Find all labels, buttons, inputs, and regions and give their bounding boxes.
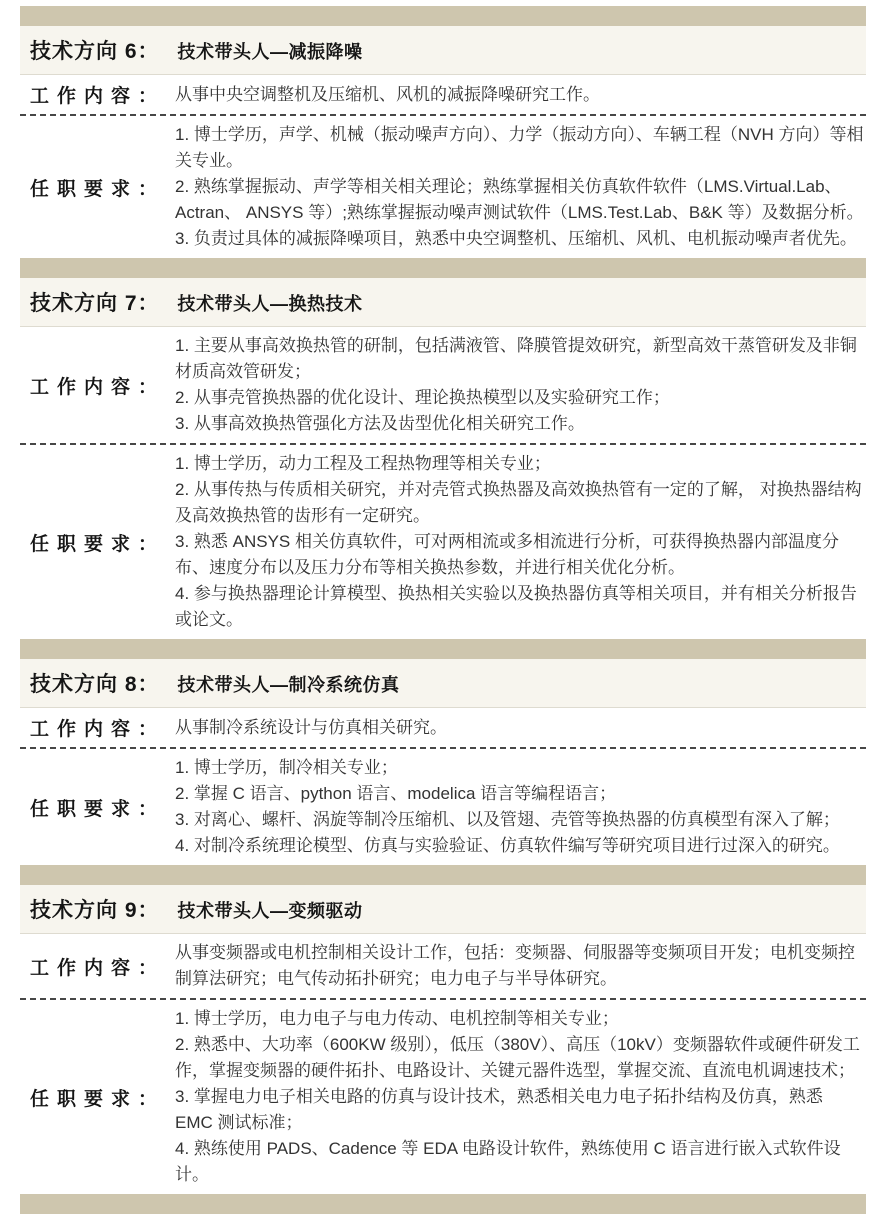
work-content-row: 工作内容： 从事中央空调整机及压缩机、风机的减振降噪研究工作。 <box>20 75 866 114</box>
job-postings-document: 技术方向 6： 技术带头人—减振降噪 工作内容： 从事中央空调整机及压缩机、风机… <box>0 0 883 1220</box>
direction-title: 技术带头人—制冷系统仿真 <box>178 671 400 697</box>
requirement-line: 1. 博士学历，制冷相关专业； <box>175 755 864 781</box>
requirement-line: 1. 博士学历，电力电子与电力传动、电机控制等相关专业； <box>175 1006 864 1032</box>
requirements-label: 任职要求： <box>20 529 175 556</box>
requirement-line: 2. 掌握 C 语言、python 语言、modelica 语言等编程语言； <box>175 781 864 807</box>
direction-label: 技术方向 6： <box>30 35 160 65</box>
requirements-text: 1. 博士学历，动力工程及工程热物理等相关专业；2. 从事传热与传质相关研究，并… <box>175 451 866 633</box>
requirements-row: 任职要求： 1. 博士学历，声学、机械（振动噪声方向）、力学（振动方向）、车辆工… <box>20 114 866 258</box>
requirement-line: 2. 从事传热与传质相关研究，并对壳管式换热器及高效换热管有一定的了解， 对换热… <box>175 477 864 529</box>
section-divider-bar <box>20 865 866 885</box>
direction-label: 技术方向 9： <box>30 894 160 924</box>
requirement-line: 1. 博士学历，声学、机械（振动噪声方向）、力学（振动方向）、车辆工程（NVH … <box>175 122 864 174</box>
work-content-label: 工作内容： <box>20 81 175 108</box>
requirement-line: 3. 负责过具体的减振降噪项目，熟悉中央空调整机、压缩机、风机、电机振动噪声者优… <box>175 226 864 252</box>
label-colon: ： <box>138 529 157 556</box>
work-content-line: 从事变频器或电机控制相关设计工作，包括：变频器、伺服器等变频项目开发；电机变频控… <box>175 940 864 992</box>
requirements-row: 任职要求： 1. 博士学历，动力工程及工程热物理等相关专业；2. 从事传热与传质… <box>20 443 866 639</box>
requirements-label: 任职要求： <box>20 794 175 821</box>
section-divider-bar <box>20 258 866 278</box>
requirements-row: 任职要求： 1. 博士学历，电力电子与电力传动、电机控制等相关专业；2. 熟悉中… <box>20 998 866 1194</box>
requirements-label: 任职要求： <box>20 174 175 201</box>
work-content-line: 从事制冷系统设计与仿真相关研究。 <box>175 715 864 741</box>
requirement-line: 4. 熟练使用 PADS、Cadence 等 EDA 电路设计软件，熟练使用 C… <box>175 1136 864 1188</box>
section-header: 技术方向 9： 技术带头人—变频驱动 <box>20 885 866 934</box>
work-content-label: 工作内容： <box>20 953 175 980</box>
requirements-text: 1. 博士学历，电力电子与电力传动、电机控制等相关专业；2. 熟悉中、大功率（6… <box>175 1006 866 1188</box>
label-colon: ： <box>138 794 157 821</box>
requirement-line: 1. 博士学历，动力工程及工程热物理等相关专业； <box>175 451 864 477</box>
requirement-line: 3. 对离心、螺杆、涡旋等制冷压缩机、以及管翅、壳管等换热器的仿真模型有深入了解… <box>175 807 864 833</box>
work-content-row: 工作内容： 1. 主要从事高效换热管的研制，包括满液管、降膜管提效研究，新型高效… <box>20 327 866 443</box>
section-divider-bar <box>20 6 866 26</box>
tech-direction-section: 技术方向 8： 技术带头人—制冷系统仿真 工作内容： 从事制冷系统设计与仿真相关… <box>20 639 866 865</box>
direction-label: 技术方向 7： <box>30 287 160 317</box>
work-content-line: 从事中央空调整机及压缩机、风机的减振降噪研究工作。 <box>175 82 864 108</box>
work-content-text: 从事制冷系统设计与仿真相关研究。 <box>175 715 866 741</box>
work-content-label: 工作内容： <box>20 714 175 741</box>
work-content-line: 2. 从事壳管换热器的优化设计、理论换热模型以及实验研究工作； <box>175 385 864 411</box>
work-content-label: 工作内容： <box>20 372 175 399</box>
label-colon: ： <box>138 714 157 741</box>
requirements-text: 1. 博士学历，制冷相关专业；2. 掌握 C 语言、python 语言、mode… <box>175 755 866 859</box>
label-colon: ： <box>138 174 157 201</box>
direction-label: 技术方向 8： <box>30 668 160 698</box>
requirement-line: 4. 参与换热器理论计算模型、换热相关实验以及换热器仿真等相关项目，并有相关分析… <box>175 581 864 633</box>
direction-title: 技术带头人—换热技术 <box>178 290 363 316</box>
work-content-row: 工作内容： 从事变频器或电机控制相关设计工作，包括：变频器、伺服器等变频项目开发… <box>20 934 866 998</box>
work-content-text: 从事变频器或电机控制相关设计工作，包括：变频器、伺服器等变频项目开发；电机变频控… <box>175 940 866 992</box>
work-content-line: 1. 主要从事高效换热管的研制，包括满液管、降膜管提效研究，新型高效干蒸管研发及… <box>175 333 864 385</box>
requirements-text: 1. 博士学历，声学、机械（振动噪声方向）、力学（振动方向）、车辆工程（NVH … <box>175 122 866 252</box>
label-colon: ： <box>138 1084 157 1111</box>
tech-direction-section: 技术方向 7： 技术带头人—换热技术 工作内容： 1. 主要从事高效换热管的研制… <box>20 258 866 639</box>
direction-title: 技术带头人—减振降噪 <box>178 38 363 64</box>
work-content-text: 1. 主要从事高效换热管的研制，包括满液管、降膜管提效研究，新型高效干蒸管研发及… <box>175 333 866 437</box>
requirement-line: 2. 熟练掌握振动、声学等相关相关理论；熟练掌握相关仿真软件软件（LMS.Vir… <box>175 174 864 226</box>
label-colon: ： <box>138 953 157 980</box>
section-header: 技术方向 6： 技术带头人—减振降噪 <box>20 26 866 75</box>
requirements-label: 任职要求： <box>20 1084 175 1111</box>
requirement-line: 2. 熟悉中、大功率（600KW 级别），低压（380V）、高压（10kV）变频… <box>175 1032 864 1084</box>
direction-title: 技术带头人—变频驱动 <box>178 897 363 923</box>
requirements-row: 任职要求： 1. 博士学历，制冷相关专业；2. 掌握 C 语言、python 语… <box>20 747 866 865</box>
requirement-line: 3. 熟悉 ANSYS 相关仿真软件，可对两相流或多相流进行分析，可获得换热器内… <box>175 529 864 581</box>
label-colon: ： <box>138 372 157 399</box>
work-content-row: 工作内容： 从事制冷系统设计与仿真相关研究。 <box>20 708 866 747</box>
tech-direction-section: 技术方向 9： 技术带头人—变频驱动 工作内容： 从事变频器或电机控制相关设计工… <box>20 865 866 1194</box>
section-divider-bar <box>20 639 866 659</box>
work-content-text: 从事中央空调整机及压缩机、风机的减振降噪研究工作。 <box>175 82 866 108</box>
bottom-divider-bar <box>20 1194 866 1214</box>
requirement-line: 4. 对制冷系统理论模型、仿真与实验验证、仿真软件编写等研究项目进行过深入的研究… <box>175 833 864 859</box>
work-content-line: 3. 从事高效换热管强化方法及齿型优化相关研究工作。 <box>175 411 864 437</box>
requirement-line: 3. 掌握电力电子相关电路的仿真与设计技术，熟悉相关电力电子拓扑结构及仿真，熟悉… <box>175 1084 864 1136</box>
section-header: 技术方向 7： 技术带头人—换热技术 <box>20 278 866 327</box>
tech-direction-section: 技术方向 6： 技术带头人—减振降噪 工作内容： 从事中央空调整机及压缩机、风机… <box>20 6 866 258</box>
label-colon: ： <box>138 81 157 108</box>
sections-container: 技术方向 6： 技术带头人—减振降噪 工作内容： 从事中央空调整机及压缩机、风机… <box>20 6 866 1194</box>
section-header: 技术方向 8： 技术带头人—制冷系统仿真 <box>20 659 866 708</box>
